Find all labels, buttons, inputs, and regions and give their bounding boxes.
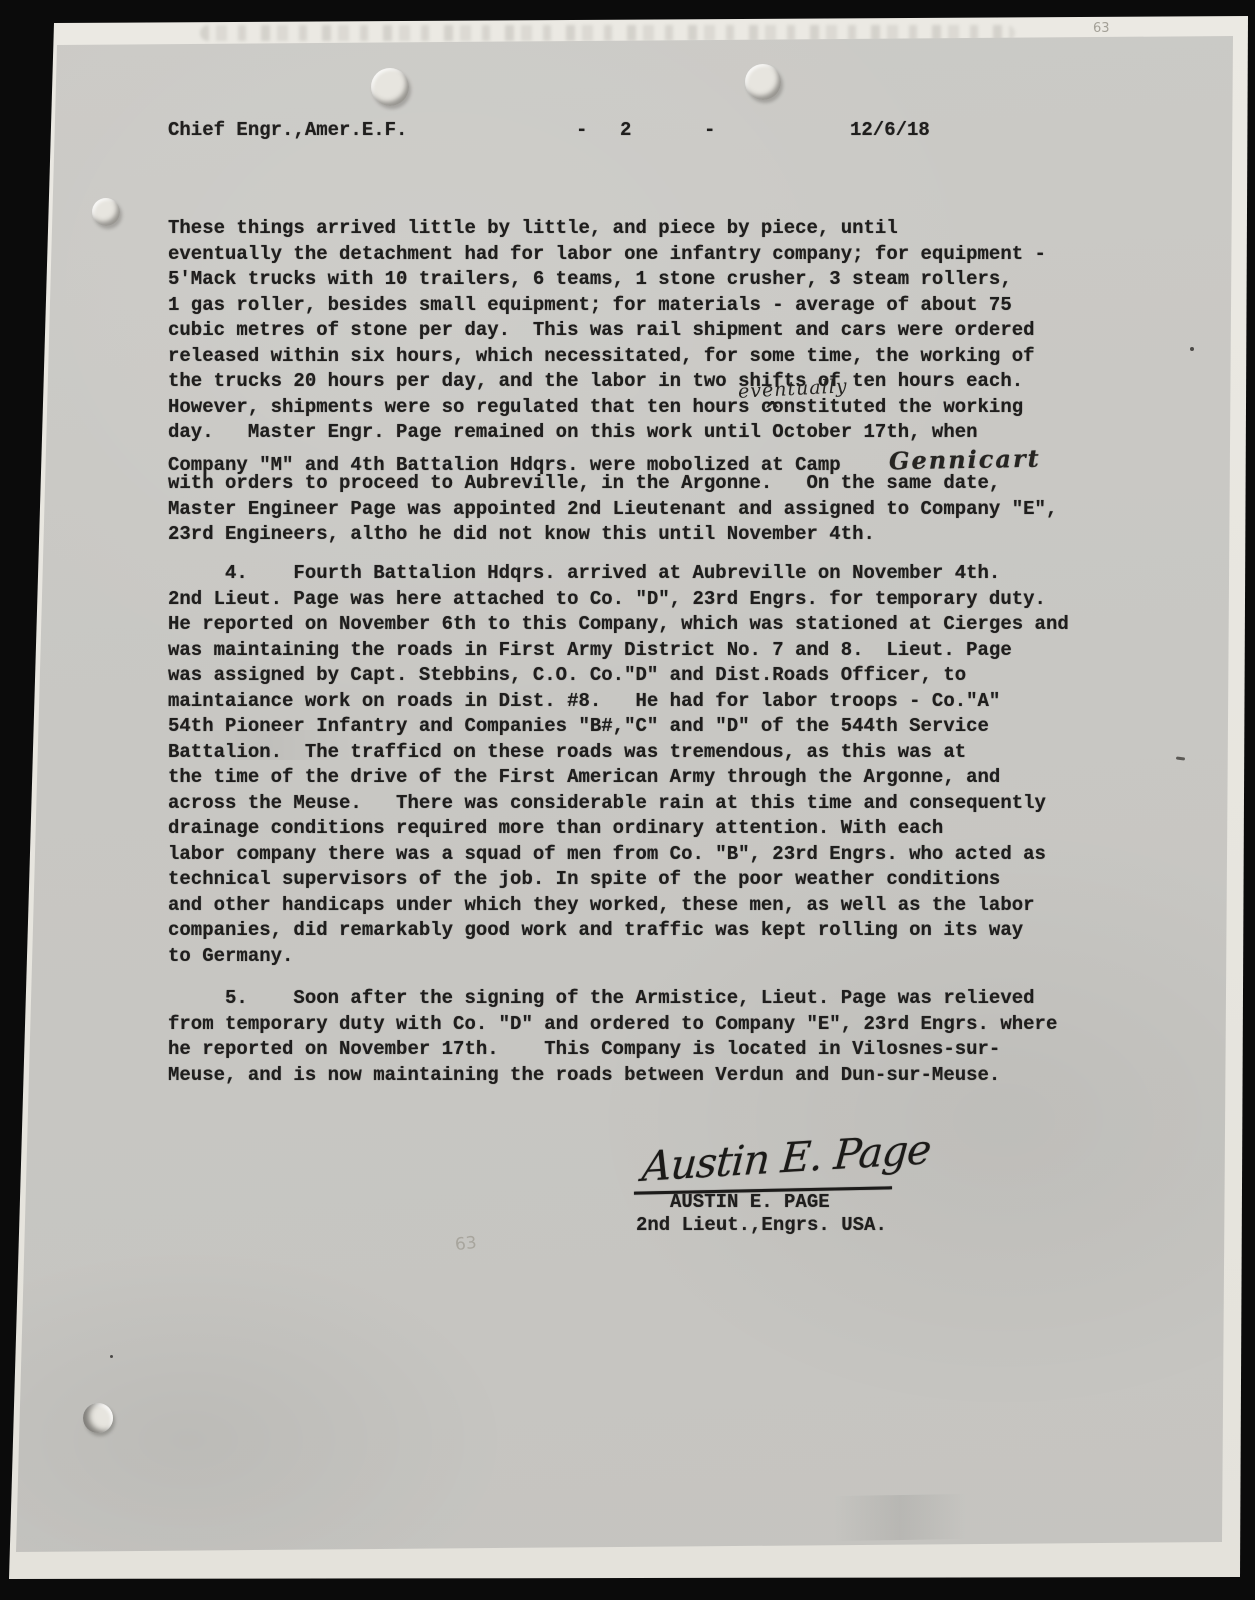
bleed-through-text-strip <box>200 25 1015 41</box>
punch-hole <box>83 1403 113 1433</box>
caret-insertion-mark: ^ <box>764 396 781 425</box>
typed-line: he reported on November 17th. This Compa… <box>168 1038 1057 1064</box>
typed-line: released within six hours, which necessi… <box>168 345 1057 371</box>
typed-line: These things arrived little by little, a… <box>168 217 1057 243</box>
typed-line-with-camp-name: Company "M" and 4th Battalion Hdqrs. wer… <box>168 447 1057 473</box>
typed-line: eventually the detachment had for labor … <box>168 243 1057 269</box>
header-dash-right: - <box>704 119 715 145</box>
typed-line: Meuse, and is now maintaining the roads … <box>168 1064 1057 1090</box>
typed-line: 54th Pioneer Infantry and Companies "B#,… <box>168 715 1069 741</box>
typed-line: from temporary duty with Co. "D" and ord… <box>168 1013 1057 1039</box>
typed-line: companies, did remarkably good work and … <box>168 919 1069 945</box>
typed-line: cubic metres of stone per day. This was … <box>168 319 1057 345</box>
typed-line: the trucks 20 hours per day, and the lab… <box>168 370 1057 396</box>
typed-line: 23rd Engineers, altho he did not know th… <box>168 523 1057 549</box>
typed-line: was assigned by Capt. Stebbins, C.O. Co.… <box>168 664 1069 690</box>
typed-line: He reported on November 6th to this Comp… <box>168 613 1069 639</box>
typed-line: 2nd Lieut. Page was here attached to Co.… <box>168 588 1069 614</box>
typed-line: to Germany. <box>168 945 1069 971</box>
typed-line: labor company there was a squad of men f… <box>168 843 1069 869</box>
typed-line: and other handicaps under which they wor… <box>168 894 1069 920</box>
handwritten-camp-name: Gennicart <box>888 443 1040 475</box>
typed-line: 5. Soon after the signing of the Armisti… <box>168 987 1057 1013</box>
typed-line: the time of the drive of the First Ameri… <box>168 766 1069 792</box>
handwritten-signature: Austin E. Page <box>640 1125 932 1191</box>
signature-typed-name: AUSTIN E. PAGE <box>670 1191 830 1217</box>
typed-line: day. Master Engr. Page remained on this … <box>168 421 1057 447</box>
typed-line: 5'Mack trucks with 10 trailers, 6 teams,… <box>168 268 1057 294</box>
typed-line: 4. Fourth Battalion Hdqrs. arrived at Au… <box>168 562 1069 588</box>
pencil-mark-middle: 63 <box>454 1233 478 1255</box>
ink-speck <box>1176 756 1185 760</box>
ink-speck <box>110 1355 113 1358</box>
signature-title: 2nd Lieut.,Engrs. USA. <box>636 1214 887 1240</box>
header-recipient: Chief Engr.,Amer.E.F. <box>168 119 407 145</box>
header-dash-left: - <box>576 119 587 145</box>
header-date: 12/6/18 <box>850 119 930 145</box>
typed-line: drainage conditions required more than o… <box>168 817 1069 843</box>
typed-line: Battalion. The trafficd on these roads w… <box>168 741 1069 767</box>
typed-line-with-insertion: However, shipments were so regulated tha… <box>168 396 1057 422</box>
typed-line: across the Meuse. There was considerable… <box>168 792 1069 818</box>
paragraph-continuation: These things arrived little by little, a… <box>168 217 1057 549</box>
paragraph-4: 4. Fourth Battalion Hdqrs. arrived at Au… <box>168 562 1069 970</box>
typed-line: was maintaining the roads in First Army … <box>168 639 1069 665</box>
typed-line: Master Engineer Page was appointed 2nd L… <box>168 498 1057 524</box>
scan-background: 63 Chief Engr.,Amer.E.F. - 2 - 12/6/18 T… <box>0 0 1255 1600</box>
paper-crease <box>620 1490 1181 1545</box>
typed-line: 1 gas roller, besides small equipment; f… <box>168 294 1057 320</box>
page-number: 2 <box>620 119 631 145</box>
typed-line: technical supervisors of the job. In spi… <box>168 868 1069 894</box>
document-page: Chief Engr.,Amer.E.F. - 2 - 12/6/18 Thes… <box>0 0 1255 1600</box>
typed-line: with orders to proceed to Aubreville, in… <box>168 472 1057 498</box>
punch-hole <box>745 64 781 100</box>
punch-hole <box>92 198 120 226</box>
pencil-mark-top: 63 <box>1093 21 1110 36</box>
punch-hole <box>371 68 409 106</box>
paragraph-5: 5. Soon after the signing of the Armisti… <box>168 987 1057 1089</box>
ink-speck <box>1190 347 1194 351</box>
typed-line: maintaiance work on roads in Dist. #8. H… <box>168 690 1069 716</box>
